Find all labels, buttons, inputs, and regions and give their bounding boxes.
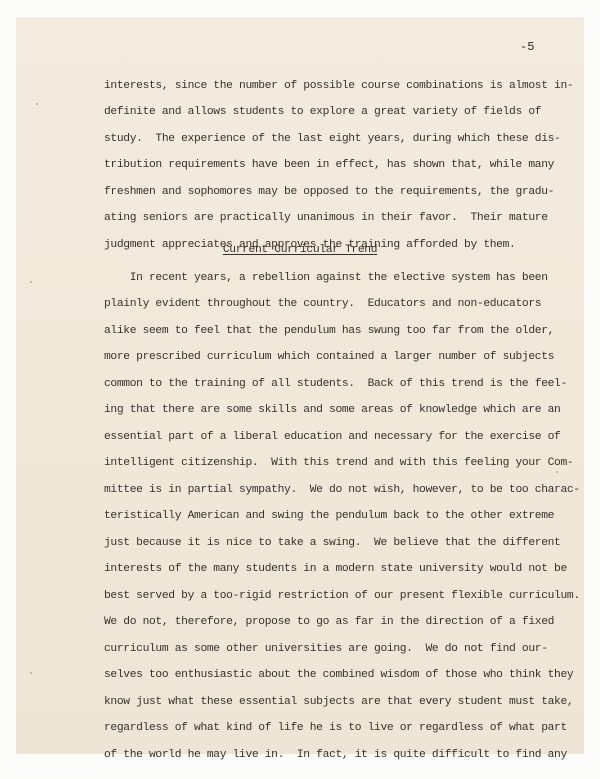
text-line: plainly evident throughout the country. … (104, 298, 541, 310)
typewritten-page: -5 interests, since the number of possib… (16, 17, 584, 754)
text-line: just because it is nice to take a swing.… (104, 537, 560, 549)
paper-speck (556, 471, 558, 473)
text-line: curriculum as some other universities ar… (104, 643, 548, 655)
page-number: -5 (520, 40, 534, 54)
section-heading-text: Current Curricular Trend (223, 244, 377, 256)
paper-speck (36, 103, 38, 105)
text-line: alike seem to feel that the pendulum has… (104, 325, 554, 337)
text-line: know just what these essential subjects … (104, 696, 573, 708)
paper-speck (30, 672, 32, 674)
text-line: We do not, therefore, propose to go as f… (104, 616, 554, 628)
text-line: freshmen and sophomores may be opposed t… (104, 186, 554, 198)
scanned-document: -5 interests, since the number of possib… (0, 0, 600, 779)
text-line: selves too enthusiastic about the combin… (104, 669, 573, 681)
text-line: study. The experience of the last eight … (104, 133, 560, 145)
text-line: common to the training of all students. … (104, 378, 567, 390)
text-line: definite and allows students to explore … (104, 106, 541, 118)
section-heading: Current Curricular Trend (16, 244, 584, 256)
text-line: teristically American and swing the pend… (104, 510, 554, 522)
text-line: best served by a too-rigid restriction o… (104, 590, 580, 602)
text-line: interests, since the number of possible … (104, 80, 573, 92)
paper-speck (30, 281, 32, 283)
text-line: more prescribed curriculum which contain… (104, 351, 554, 363)
text-line: ating seniors are practically unanimous … (104, 212, 548, 224)
text-line: intelligent citizenship. With this trend… (104, 457, 573, 469)
text-line: of the world he may live in. In fact, it… (104, 749, 567, 761)
text-line: regardless of what kind of life he is to… (104, 722, 567, 734)
text-line: essential part of a liberal education an… (104, 431, 560, 443)
text-line: In recent years, a rebellion against the… (104, 272, 548, 284)
text-line: tribution requirements have been in effe… (104, 159, 554, 171)
text-line: mittee is in partial sympathy. We do not… (104, 484, 580, 496)
text-line: ing that there are some skills and some … (104, 404, 560, 416)
text-line: interests of the many students in a mode… (104, 563, 567, 575)
